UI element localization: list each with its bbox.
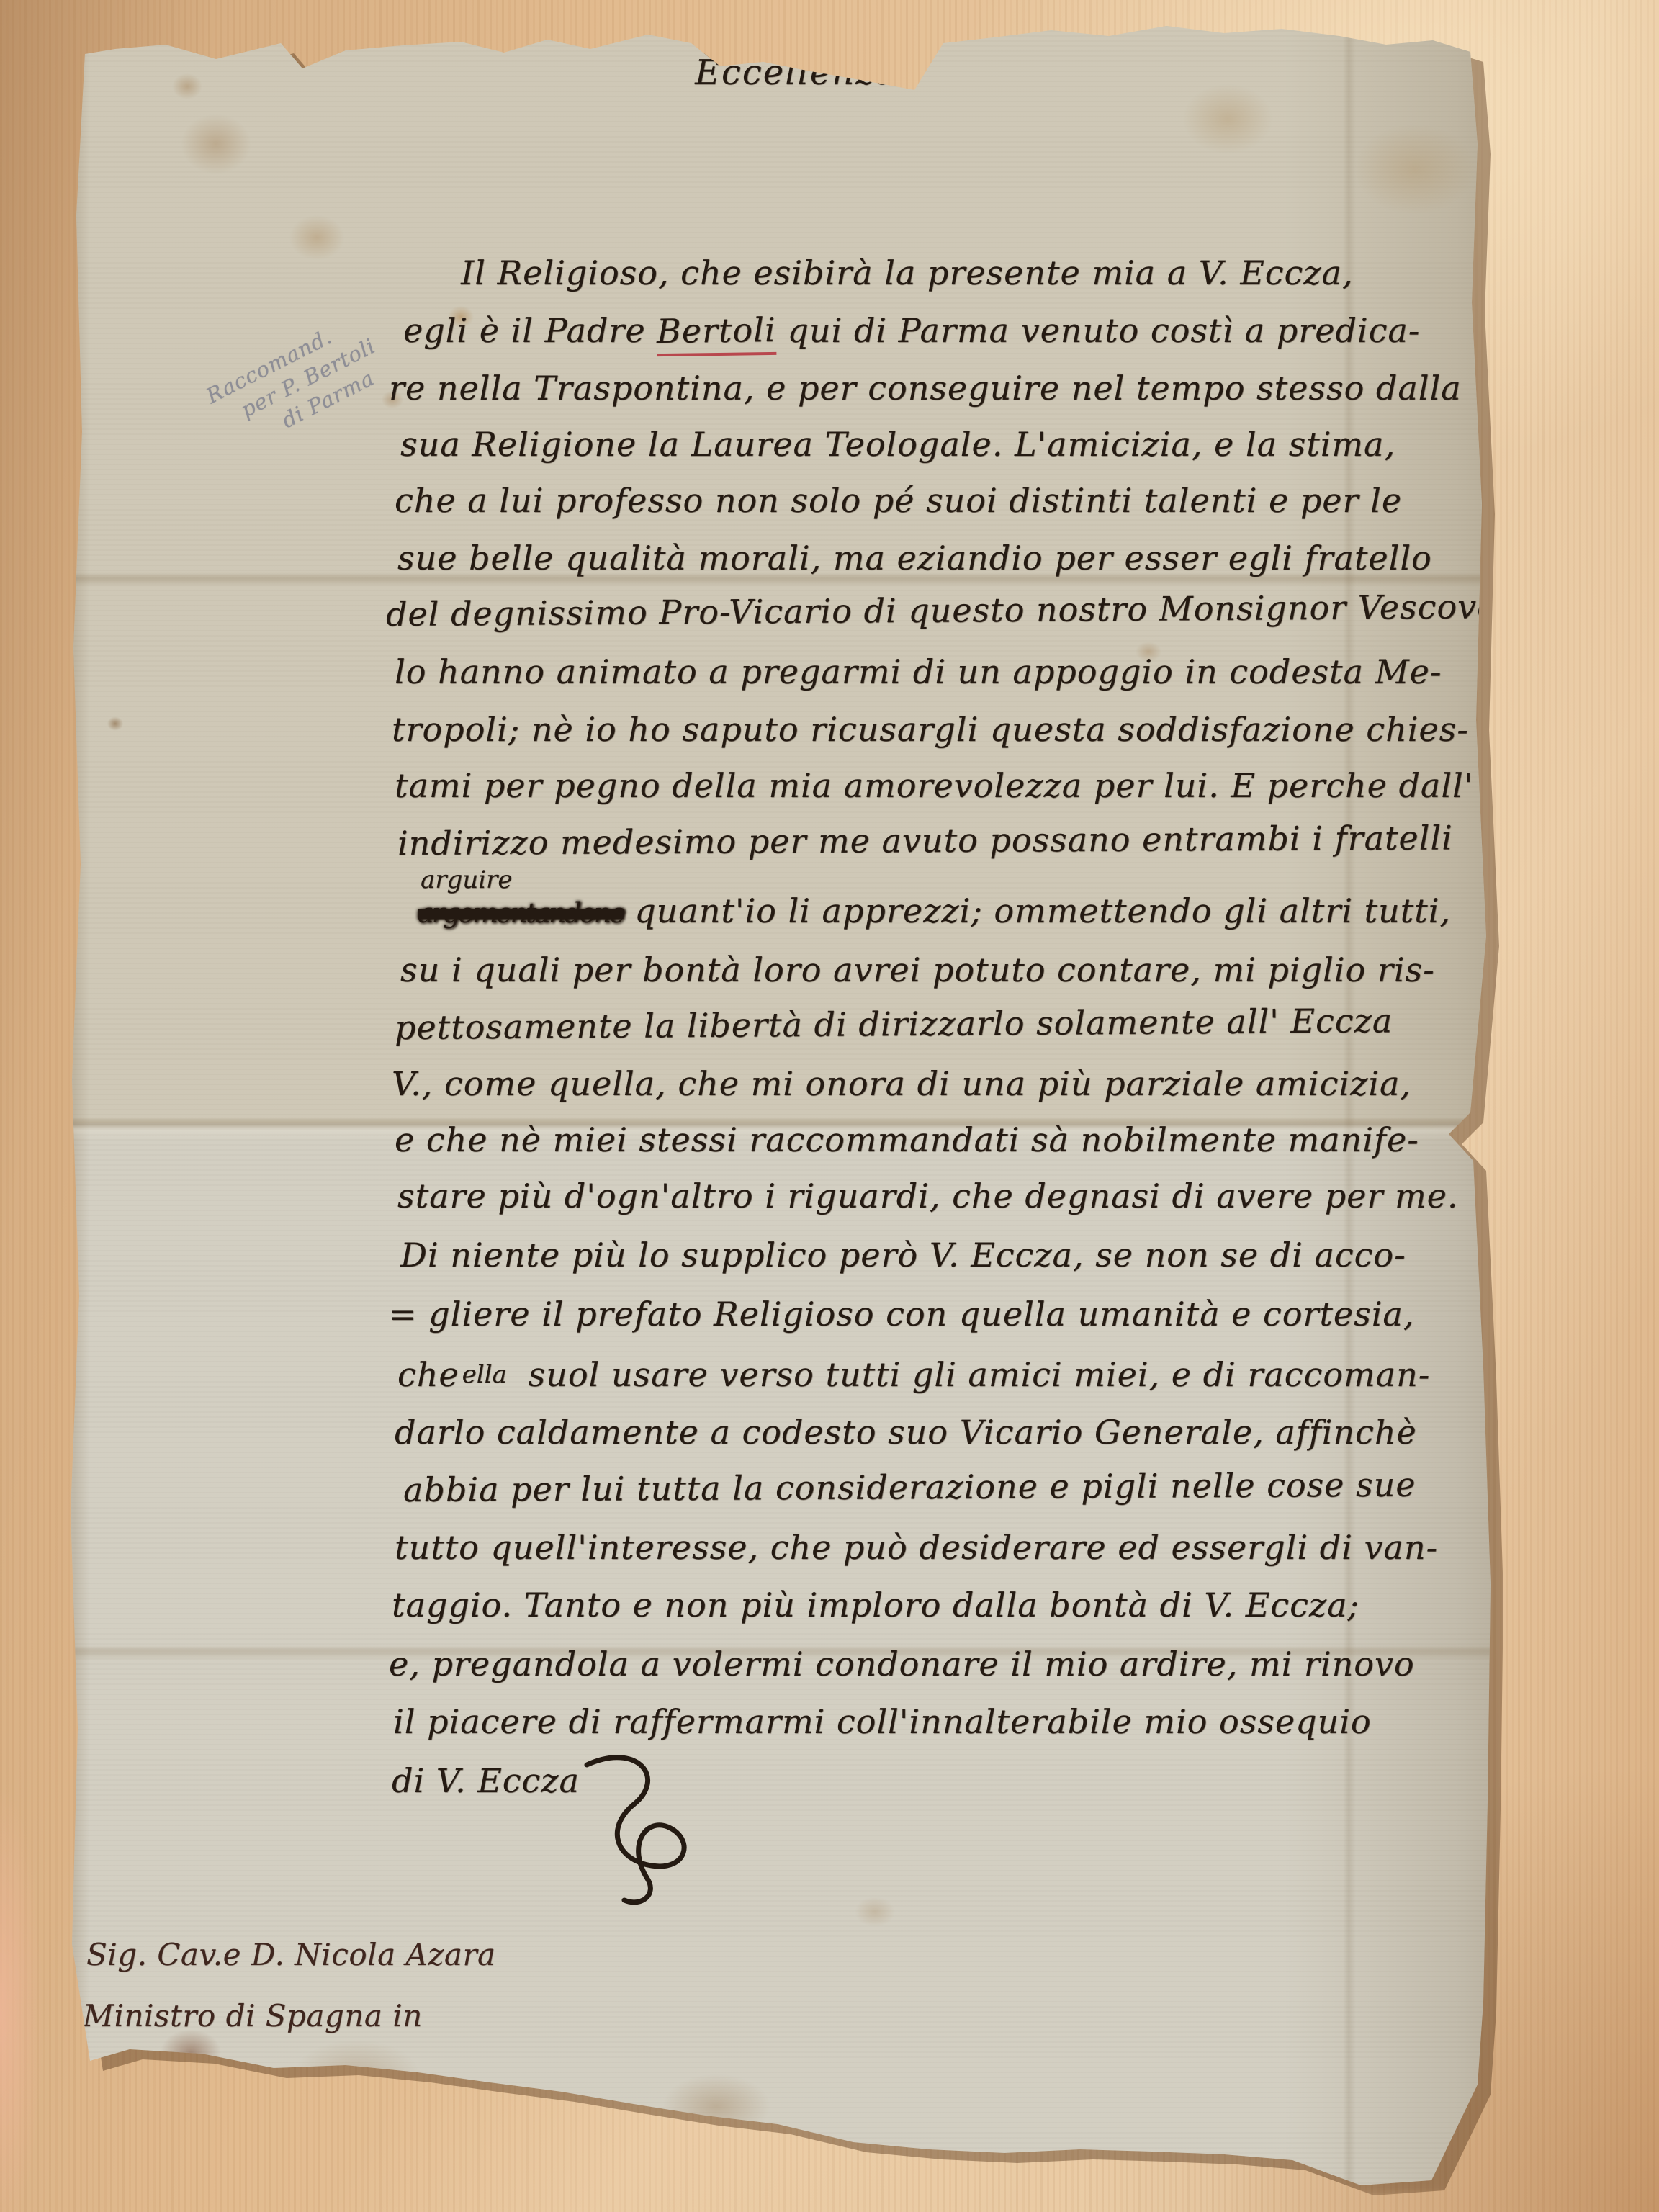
line-text: quant'io li apprezzi; ommettendo gli alt… xyxy=(624,891,1451,930)
handwritten-line: darlo caldamente a codesto suo Vicario G… xyxy=(395,1413,1417,1452)
handwritten-line: tami per pegno della mia amorevolezza pe… xyxy=(395,766,1473,805)
handwritten-line: tutto quell'interesse, che può desiderar… xyxy=(395,1528,1438,1567)
handwritten-line: abbia per lui tutta la considerazione e … xyxy=(403,1465,1416,1509)
red-underlined-name: Bertoli xyxy=(657,310,776,356)
handwritten-line: pettosamente la libertà di dirizzarlo so… xyxy=(395,1001,1393,1047)
handwritten-line: re nella Traspontina, e per conseguire n… xyxy=(389,369,1462,408)
handwritten-line: del degnissimo Pro-Vicario di questo nos… xyxy=(386,587,1498,634)
handwritten-line: sua Religione la Laurea Teologale. L'ami… xyxy=(400,425,1395,464)
handwritten-line: Di niente più lo supplico però V. Eccza,… xyxy=(400,1236,1406,1274)
handwritten-line: su i quali per bontà loro avrei potuto c… xyxy=(400,950,1435,989)
line-text: qui di Parma venuto costì a predica- xyxy=(776,311,1421,350)
handwritten-line: = gliere il prefato Religioso con quella… xyxy=(389,1295,1414,1334)
handwritten-line: indirizzo medesimo per me avuto possano … xyxy=(397,818,1453,863)
handwritten-line: il piacere di raffermarmi coll'innaltera… xyxy=(393,1702,1372,1741)
photo-wood-surface: Eccellenza Il Religioso, che esibirà la … xyxy=(0,0,1659,2212)
inserted-word-above: ella xyxy=(462,1360,507,1389)
line-text: che xyxy=(397,1355,459,1394)
inserted-word-above: arguire xyxy=(421,866,512,894)
letter-salutation: Eccellenza xyxy=(695,53,897,93)
letter-paper-area: Eccellenza Il Religioso, che esibirà la … xyxy=(68,25,1498,2189)
handwritten-line: lo hanno animato a pregarmi di un appogg… xyxy=(395,652,1442,691)
struck-out-word: argomentandone xyxy=(418,897,624,929)
handwritten-line: che a lui professo non solo pé suoi dist… xyxy=(395,481,1402,520)
handwritten-line: stare più d'ogn'altro i riguardi, che de… xyxy=(397,1177,1458,1215)
address-line-city: /Roma/ xyxy=(252,2088,372,2127)
handwritten-line: Il Religioso, che esibirà la presente mi… xyxy=(461,253,1354,292)
handwritten-line: e, pregandola a volermi condonare il mio… xyxy=(389,1645,1415,1683)
closing-line: di V. Eccza xyxy=(392,1761,580,1800)
corrected-word-group: arguireargomentandone xyxy=(418,891,624,930)
line-text: suol usare verso tutti gli amici miei, e… xyxy=(529,1355,1431,1394)
handwritten-line: arguireargomentandone quant'io li apprez… xyxy=(418,891,1451,930)
handwritten-line: tropoli; nè io ho saputo ricusargli ques… xyxy=(392,710,1469,749)
letter-paper: Eccellenza Il Religioso, che esibirà la … xyxy=(68,25,1498,2189)
handwritten-line: sue belle qualità morali, ma eziandio pe… xyxy=(397,539,1432,577)
handwritten-line: V., come quella, che mi onora di una più… xyxy=(392,1064,1411,1103)
handwritten-line: taggio. Tanto e non più imploro dalla bo… xyxy=(392,1586,1359,1624)
address-line-title: Ministro di Spagna in xyxy=(83,1998,423,2033)
handwritten-line: egli è il Padre Bertoli qui di Parma ven… xyxy=(403,311,1420,356)
handwritten-line: cheellasuol usare verso tutti gli amici … xyxy=(397,1355,1430,1394)
pencil-annotation: Raccomand. per P. Bertoli di Parma xyxy=(202,307,393,461)
handwritten-line: e che nè miei stessi raccommandati sà no… xyxy=(395,1120,1419,1159)
line-text: egli è il Padre xyxy=(403,311,657,350)
address-line-recipient: Sig. Cav.e D. Nicola Azara xyxy=(86,1937,496,1972)
signature-paraph-flourish-icon xyxy=(572,1752,745,1917)
